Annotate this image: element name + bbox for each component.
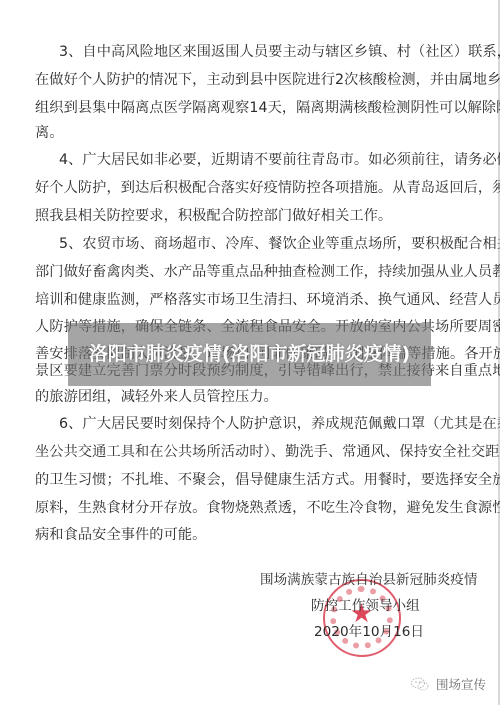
signature-date: 2020年10月16日 bbox=[314, 621, 424, 643]
article-title-overlay[interactable]: 洛阳市肺炎疫情(洛阳市新冠肺炎疫情) bbox=[68, 323, 431, 386]
paragraph-4-line-1: 4、广大居民如非必要，近期请不要前往青岛市。如必须前往，请务必做 bbox=[59, 149, 465, 171]
paragraph-5-line-7: 的旅游团组，减轻外来人员管控压力。 bbox=[35, 386, 465, 408]
signature-org-line-1: 围场满族蒙古族自治县新冠肺炎疫情 bbox=[260, 569, 478, 591]
paragraph-5-line-3: 培训和健康监测，严格落实市场卫生清扫、环境消杀、换气通风、经营人员个 bbox=[35, 289, 465, 311]
wechat-icon bbox=[410, 676, 430, 692]
paragraph-5-line-1: 5、农贸市场、商场超市、冷库、餐饮企业等重点场所，要积极配合相关 bbox=[59, 233, 465, 255]
paragraph-6-line-3: 的卫生习惯；不扎堆、不聚会，倡导健康生活方式。用餐时，要选择安全放心 bbox=[35, 469, 465, 491]
paragraph-3-line-3: 组织到县集中隔离点医学隔离观察14天，隔离期满核酸检测阴性可以解除隔 bbox=[35, 97, 465, 119]
watermark-text: 围场宣传 bbox=[436, 675, 486, 693]
signature-org-line-2: 防控工作领导小组 bbox=[311, 595, 420, 617]
paragraph-3-line-1: 3、自中高风险地区来围返围人员要主动与辖区乡镇、村（社区）联系， bbox=[59, 41, 465, 63]
paragraph-5-line-2: 部门做好畜禽肉类、水产品等重点品种抽查检测工作，持续加强从业人员教育 bbox=[35, 261, 465, 283]
paragraph-6-line-4: 原料，生熟食材分开存放。食物烧熟煮透，不吃生冷食物，避免发生食源性疾 bbox=[35, 497, 465, 519]
paragraph-3-line-4: 离。 bbox=[35, 122, 465, 144]
paragraph-4-line-3: 照我县相关防控要求，积极配合防控部门做好相关工作。 bbox=[35, 205, 465, 227]
paragraph-6-line-2: 坐公共交通工具和在公共场所活动时）、勤洗手、常通风、保持安全社交距离 bbox=[35, 441, 465, 463]
wechat-watermark: 围场宣传 bbox=[410, 674, 486, 694]
article-title[interactable]: 洛阳市肺炎疫情(洛阳市新冠肺炎疫情) bbox=[80, 339, 420, 370]
paragraph-6-line-1: 6、广大居民要时刻保持个人防护意识，养成规范佩戴口罩（尤其是在乘 bbox=[59, 413, 465, 435]
paragraph-4-line-2: 好个人防护，到达后积极配合落实好疫情防控各项措施。从青岛返回后，须按 bbox=[35, 177, 465, 199]
paragraph-6-line-5: 病和食品安全事件的可能。 bbox=[35, 524, 465, 546]
paragraph-3-line-2: 在做好个人防护的情况下，主动到县中医院进行2次核酸检测，并由属地乡镇 bbox=[35, 69, 465, 91]
